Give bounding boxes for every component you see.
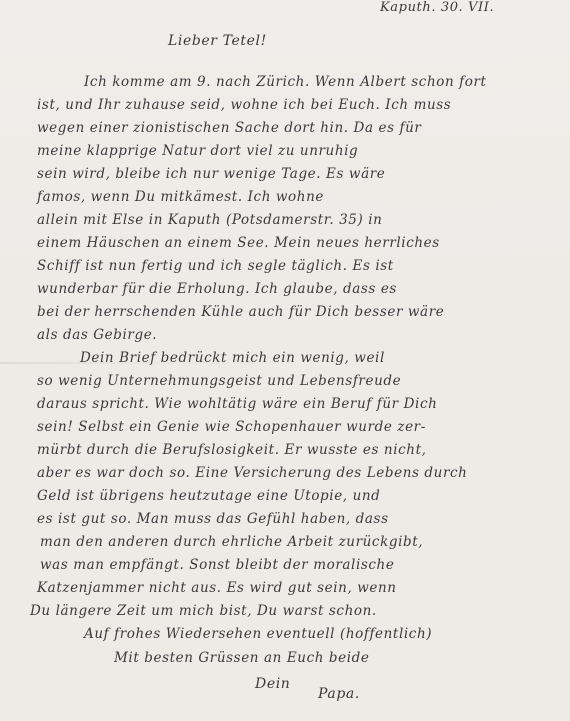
paragraph-1-line: famos, wenn Du mitkämest. Ich wohne	[37, 189, 324, 205]
paragraph-2-line: so wenig Unternehmungsgeist und Lebensfr…	[37, 373, 401, 389]
signature-dein: Dein	[255, 676, 290, 692]
paragraph-2-line: aber es war doch so. Eine Versicherung d…	[37, 465, 467, 481]
paragraph-2-line: man den anderen durch ehrliche Arbeit zu…	[40, 534, 423, 550]
paragraph-1-line: als das Gebirge.	[37, 327, 157, 343]
paragraph-1-line: ist, und Ihr zuhause seid, wohne ich bei…	[37, 97, 451, 113]
salutation: Lieber Tetel!	[168, 33, 267, 49]
paragraph-1-line: sein wird, bleibe ich nur wenige Tage. E…	[37, 166, 385, 182]
paragraph-2-line: Du längere Zeit um mich bist, Du warst s…	[30, 603, 377, 619]
paragraph-2-line: Geld ist übrigens heutzutage eine Utopie…	[37, 488, 380, 504]
paragraph-1-line: meine klapprige Natur dort viel zu unruh…	[37, 143, 358, 159]
paragraph-1-line: wegen einer zionistischen Sache dort hin…	[37, 120, 421, 136]
paragraph-2-line: es ist gut so. Man muss das Gefühl haben…	[37, 511, 389, 527]
paragraph-2-line: was man empfängt. Sonst bleibt der moral…	[40, 557, 394, 573]
paragraph-2-line: mürbt durch die Berufslosigkeit. Er wuss…	[37, 442, 427, 458]
closing-line: Auf frohes Wiedersehen eventuell (hoffen…	[84, 626, 432, 642]
paragraph-2-line: Dein Brief bedrückt mich ein wenig, weil	[80, 350, 385, 366]
paragraph-1-line: einem Häuschen an einem See. Mein neues …	[37, 235, 440, 251]
paragraph-2-line: Katzenjammer nicht aus. Es wird gut sein…	[37, 580, 397, 596]
letter-paper: Kaputh. 30. VII. Lieber Tetel! Ich komme…	[0, 0, 570, 721]
closing-line: Mit besten Grüssen an Euch beide	[114, 650, 370, 666]
paragraph-2-line: daraus spricht. Wie wohltätig wäre ein B…	[37, 396, 437, 412]
paragraph-1-line: wunderbar für die Erholung. Ich glaube, …	[37, 281, 397, 297]
signature-name: Papa.	[318, 686, 360, 702]
paragraph-1-line: Ich komme am 9. nach Zürich. Wenn Albert…	[84, 74, 487, 90]
paragraph-1-line: Schiff ist nun fertig und ich segle tägl…	[37, 258, 394, 274]
paragraph-1-line: allein mit Else in Kaputh (Potsdamerstr.…	[37, 212, 382, 228]
paragraph-2-line: sein! Selbst ein Genie wie Schopenhauer …	[37, 419, 426, 435]
place-date: Kaputh. 30. VII.	[380, 0, 494, 15]
paragraph-1-line: bei der herrschenden Kühle auch für Dich…	[37, 304, 444, 320]
